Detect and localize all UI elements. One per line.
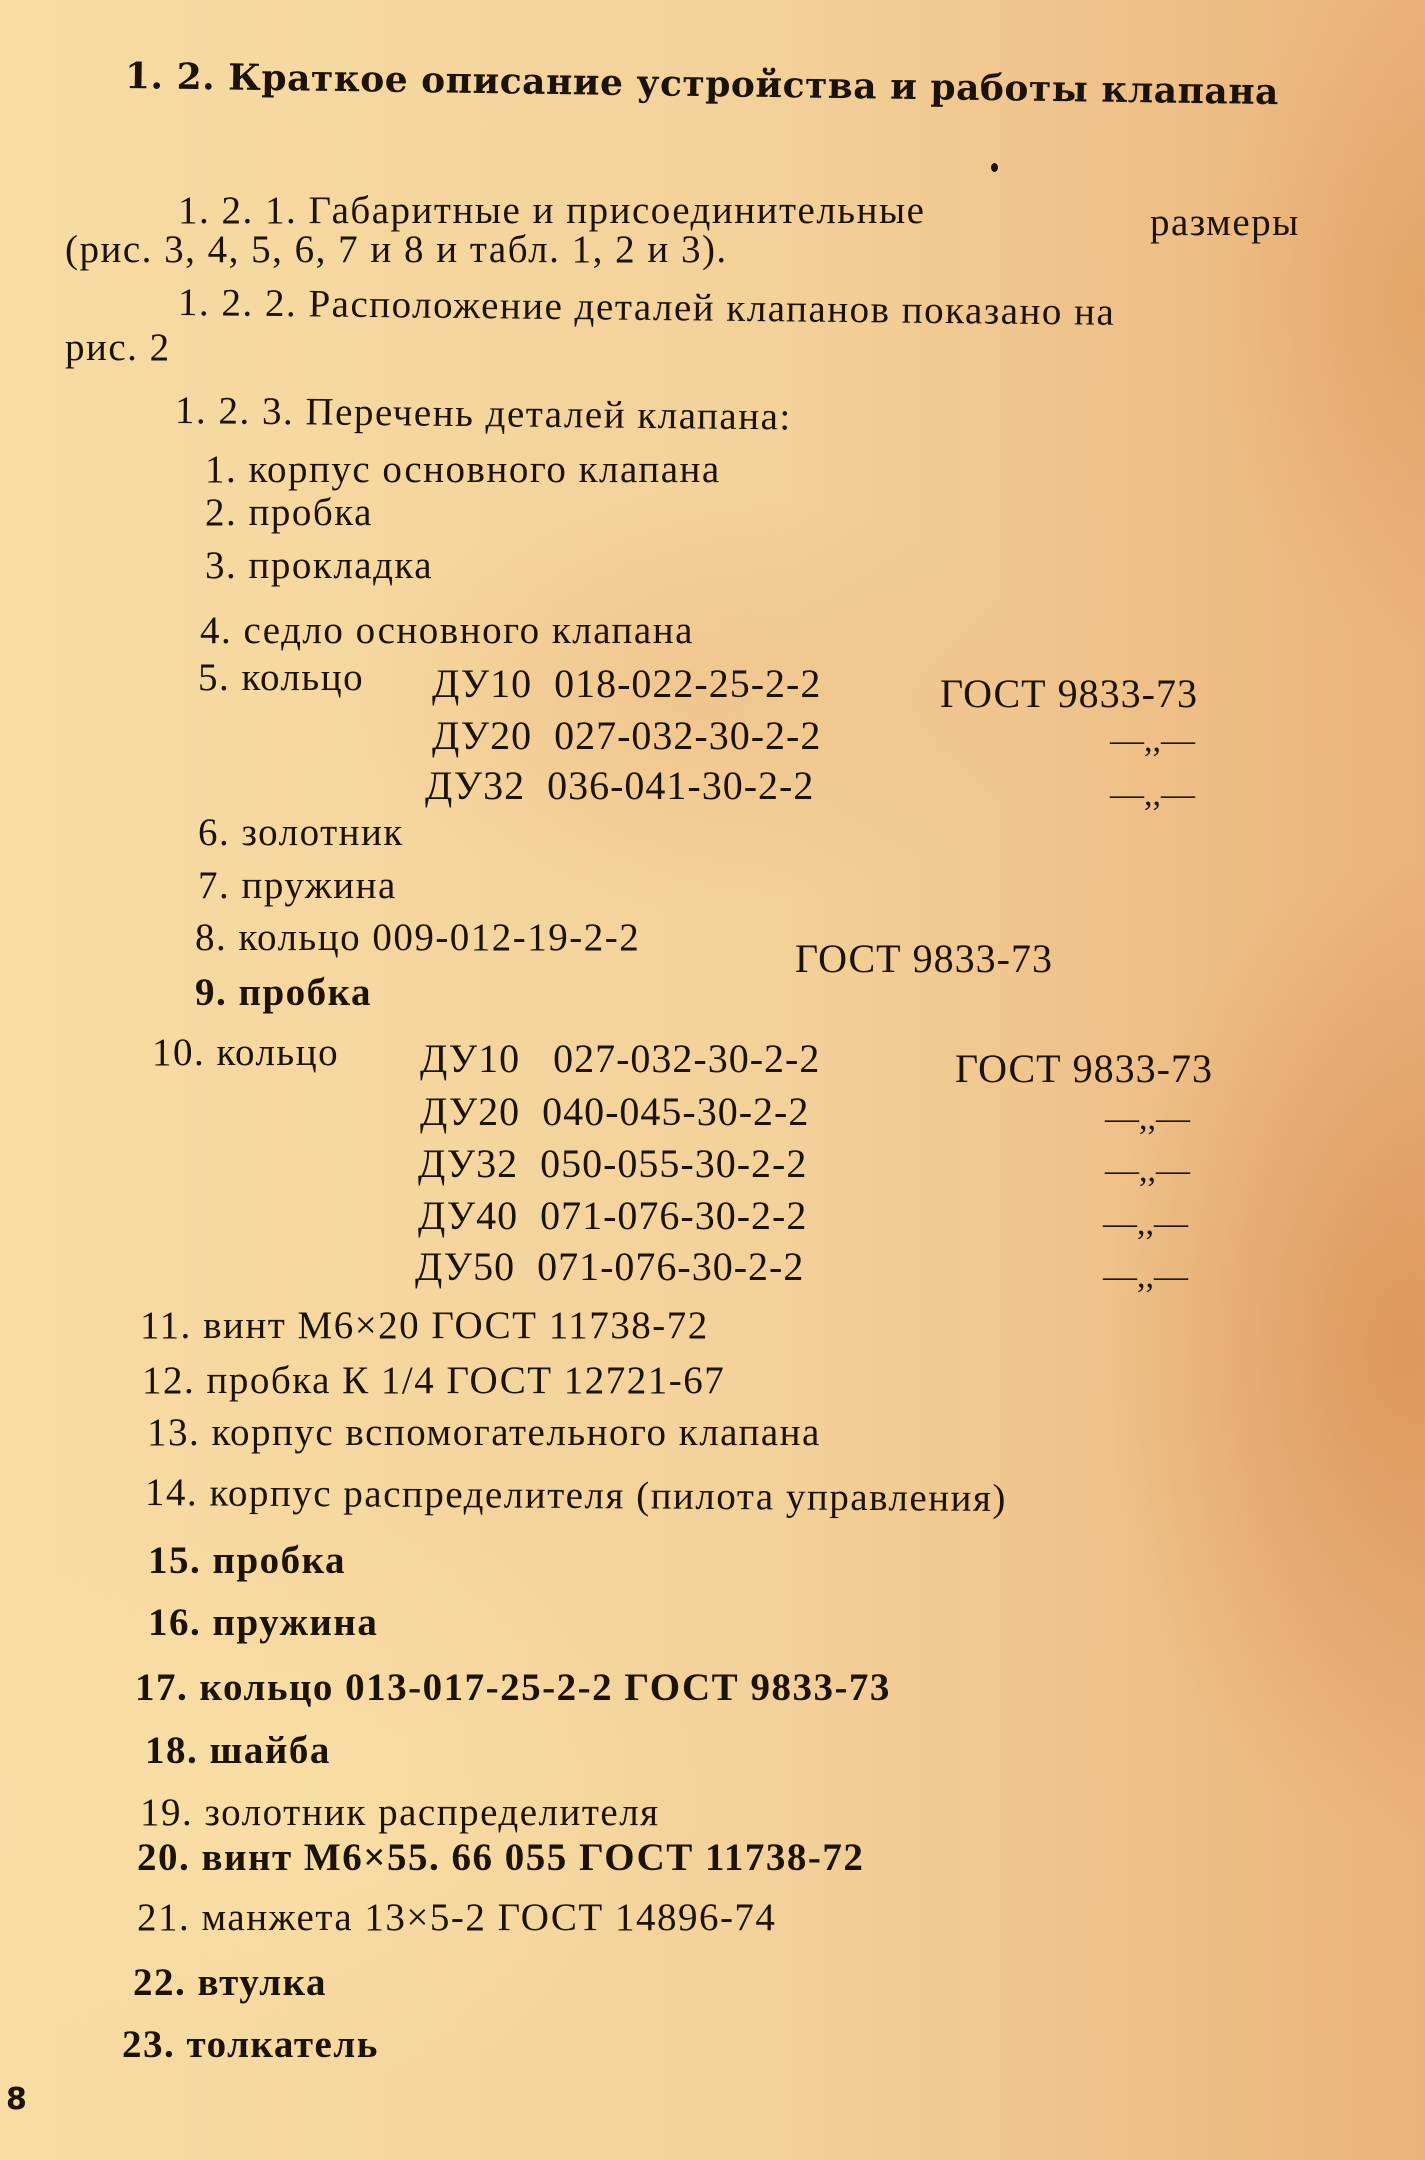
clause-text: Перечень деталей клапана:: [305, 390, 792, 438]
ditto-mark: —,,—: [1110, 722, 1195, 760]
part-name: манжета 13×5-2 ГОСТ 14896-74: [202, 1896, 777, 1939]
list-item: 20. винт М6×55. 66 055 ГОСТ 11738-72: [137, 1835, 864, 1880]
part-name: кольцо 013-017-25-2-2 ГОСТ 9833-73: [200, 1666, 891, 1709]
section-title: 1. 2. Краткое описание устройства и рабо…: [125, 55, 1280, 113]
part-name: корпус вспомогательного клапана: [212, 1411, 821, 1454]
list-item: 7. пружина: [198, 863, 397, 908]
part-name: пробка: [249, 491, 373, 534]
list-item: 3. прокладка: [205, 543, 433, 588]
list-item: 23. толкатель: [122, 2022, 379, 2067]
part-name: золотник распределителя: [205, 1791, 660, 1834]
part-name: седло основного клапана: [244, 609, 694, 652]
variant-row: ДУ32 036-041-30-2-2: [425, 762, 814, 809]
variant-row: ДУ10 027-032-30-2-2: [420, 1035, 820, 1082]
page-number: 8: [6, 2082, 27, 2117]
part-name: винт М6×20 ГОСТ 11738-72: [203, 1304, 709, 1347]
part-name: корпус распределителя (пилота управления…: [209, 1471, 1007, 1520]
variant-row: ДУ50 071-076-30-2-2: [415, 1243, 804, 1290]
ditto-mark: —,,—: [1103, 1205, 1188, 1243]
list-item: 9. пробка: [195, 970, 372, 1015]
list-item: 4. седло основного клапана: [200, 608, 694, 653]
paragraph-1-2-2-line-2: рис. 2: [65, 325, 171, 370]
paragraph-1-2-3: 1. 2. 3. Перечень деталей клапана:: [175, 388, 792, 439]
list-item: 22. втулка: [133, 1960, 327, 2005]
variant-standard: ГОСТ 9833-73: [955, 1045, 1213, 1092]
part-name: прокладка: [249, 544, 434, 587]
list-item: 11. винт М6×20 ГОСТ 11738-72: [140, 1303, 709, 1348]
list-item: 15. пробка: [148, 1538, 346, 1583]
list-item: 8. кольцо 009-012-19-2-2: [195, 915, 640, 960]
part-name: пружина: [242, 864, 397, 907]
part-name: корпус основного клапана: [249, 448, 721, 491]
part-name: толкатель: [187, 2023, 379, 2066]
ditto-mark: —,,—: [1103, 1258, 1188, 1296]
part-name: кольцо: [242, 656, 365, 699]
part-name: пробка: [239, 971, 373, 1014]
clause-text-end: размеры: [1150, 200, 1300, 245]
list-item: 1. корпус основного клапана: [205, 447, 721, 492]
list-item: 16. пружина: [148, 1600, 378, 1645]
part-name: пробка: [213, 1539, 347, 1582]
clause-text: Расположение деталей клапанов показано н…: [308, 282, 1115, 333]
variant-row: ДУ20 040-045-30-2-2: [420, 1088, 809, 1135]
ditto-mark: —,,—: [1105, 1152, 1190, 1190]
variant-row: ДУ32 050-055-30-2-2: [418, 1140, 807, 1187]
list-item: 13. корпус вспомогательного клапана: [147, 1410, 821, 1455]
paragraph-1-2-2-line-1: 1. 2. 2. Расположение деталей клапанов п…: [178, 280, 1116, 335]
ditto-mark: —,,—: [1105, 1100, 1190, 1138]
list-item: 10. кольцо: [152, 1030, 339, 1075]
paragraph-1-2-1-line-2: (рис. 3, 4, 5, 6, 7 и 8 и табл. 1, 2 и 3…: [65, 227, 728, 272]
part-standard: ГОСТ 9833-73: [795, 935, 1053, 982]
list-item: 19. золотник распределителя: [140, 1790, 660, 1835]
ditto-mark: —,,—: [1110, 776, 1195, 814]
part-name: винт М6×55. 66 055 ГОСТ 11738-72: [202, 1836, 865, 1879]
variant-row: ДУ20 027-032-30-2-2: [432, 712, 821, 759]
list-item: 17. кольцо 013-017-25-2-2 ГОСТ 9833-73: [135, 1665, 891, 1710]
list-item: 5. кольцо: [198, 655, 364, 700]
list-item: 18. шайба: [145, 1728, 331, 1773]
variant-row: ДУ10 018-022-25-2-2: [432, 660, 821, 707]
clause-number: 1. 2. 3.: [175, 389, 295, 433]
list-item: 21. манжета 13×5-2 ГОСТ 14896-74: [137, 1895, 776, 1940]
part-name: втулка: [198, 1961, 328, 2004]
part-name: золотник: [242, 811, 404, 854]
list-item: 6. золотник: [198, 810, 404, 855]
variant-standard: ГОСТ 9833-73: [940, 670, 1198, 717]
part-name: кольцо 009-012-19-2-2: [239, 916, 641, 959]
ink-spot: [991, 163, 998, 172]
part-name: шайба: [210, 1729, 331, 1772]
clause-number: 1. 2. 1.: [178, 189, 297, 232]
variant-row: ДУ40 071-076-30-2-2: [418, 1192, 807, 1239]
clause-number: 1. 2. 2.: [178, 281, 298, 325]
part-name: кольцо: [217, 1031, 340, 1074]
list-item: 12. пробка К 1/4 ГОСТ 12721-67: [142, 1358, 725, 1403]
clause-text: Габаритные и присоединительные: [309, 189, 926, 232]
part-name: пружина: [213, 1601, 379, 1644]
list-item: 14. корпус распределителя (пилота управл…: [145, 1470, 1007, 1521]
list-item: 2. пробка: [205, 490, 373, 535]
part-name: пробка К 1/4 ГОСТ 12721-67: [207, 1359, 726, 1402]
